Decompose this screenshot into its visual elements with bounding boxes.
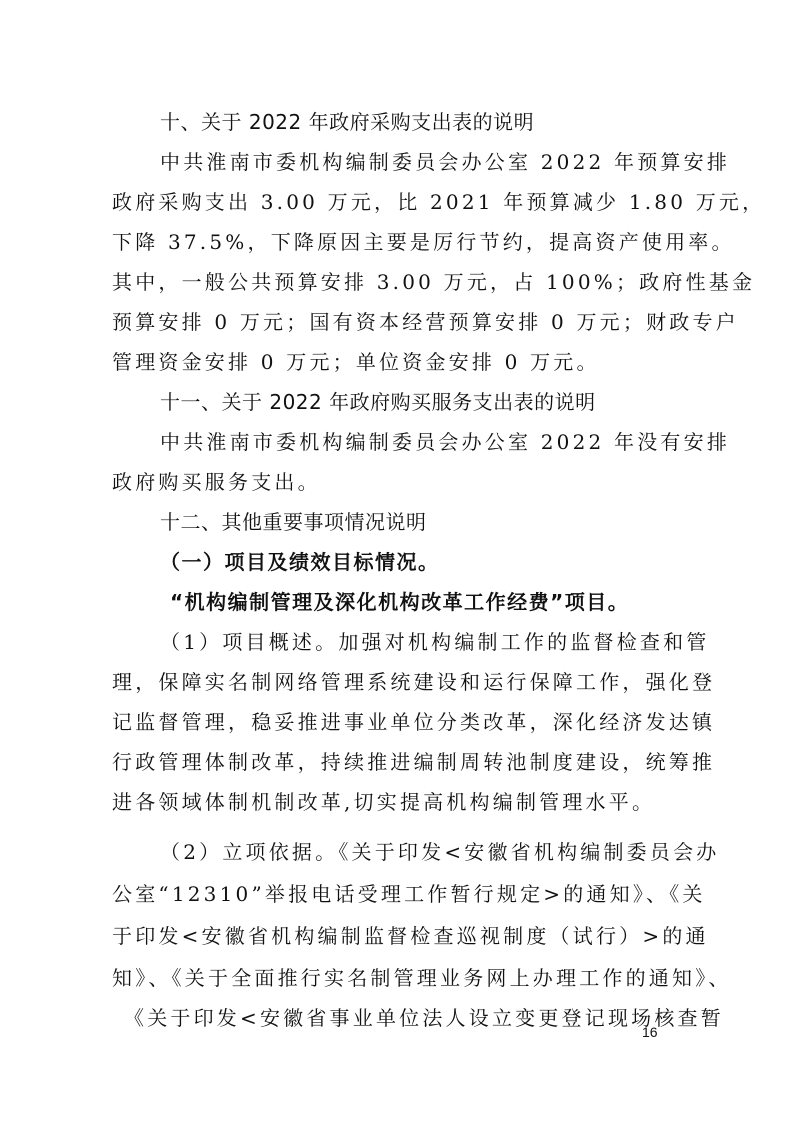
paragraph-line: 行政管理体制改革，持续推进编制周转池制度建设，统筹推 — [112, 748, 672, 776]
paragraph-line: 其中，一般公共预算安排 3.00 万元，占 100%；政府性基金 — [112, 268, 672, 296]
paragraph-line: （1）项目概述。加强对机构编制工作的监督检查和管 — [160, 628, 672, 656]
section-heading-12: 十二、其他重要事项情况说明 — [160, 508, 672, 536]
paragraph-line: 中共淮南市委机构编制委员会办公室 2022 年没有安排 — [160, 428, 672, 456]
document-page: 十、关于 2022 年政府采购支出表的说明 中共淮南市委机构编制委员会办公室 2… — [0, 0, 793, 1122]
page-number: 16 — [642, 1024, 658, 1040]
paragraph-line: 预算安排 0 万元；国有资本经营预算安排 0 万元；财政专户 — [112, 308, 672, 336]
paragraph-line: 进各领域体制机制改革,切实提高机构编制管理水平。 — [112, 788, 672, 816]
section-heading-11: 十一、关于 2022 年政府购买服务支出表的说明 — [160, 388, 672, 416]
paragraph-line: 记监督管理，稳妥推进事业单位分类改革，深化经济发达镇 — [112, 708, 672, 736]
paragraph-line: 中共淮南市委机构编制委员会办公室 2022 年预算安排 — [160, 148, 672, 176]
paragraph-line: 《关于印发<安徽省事业单位法人设立变更登记现场核查暂 — [124, 1004, 684, 1032]
section-heading-10: 十、关于 2022 年政府采购支出表的说明 — [160, 108, 672, 136]
subsection-heading: （一）项目及绩效目标情况。 — [160, 548, 672, 576]
paragraph-line: 知》、《关于全面推行实名制管理业务网上办理工作的通知》、 — [112, 964, 672, 992]
paragraph-line: 公室“12310”举报电话受理工作暂行规定>的通知》、《关 — [112, 880, 672, 908]
paragraph-line: 理，保障实名制网络管理系统建设和运行保障工作，强化登 — [112, 668, 672, 696]
project-title: “机构编制管理及深化机构改革工作经费”项目。 — [170, 588, 690, 616]
paragraph-line: （2）立项依据。《关于印发<安徽省机构编制委员会办 — [160, 838, 672, 866]
paragraph-line: 政府采购支出 3.00 万元，比 2021 年预算减少 1.80 万元， — [112, 188, 672, 216]
paragraph-line: 下降 37.5%，下降原因主要是厉行节约，提高资产使用率。 — [112, 228, 672, 256]
paragraph-line: 于印发<安徽省机构编制监督检查巡视制度（试行）>的通 — [112, 922, 672, 950]
paragraph-line: 管理资金安排 0 万元；单位资金安排 0 万元。 — [112, 348, 672, 376]
paragraph-line: 政府购买服务支出。 — [112, 468, 672, 496]
